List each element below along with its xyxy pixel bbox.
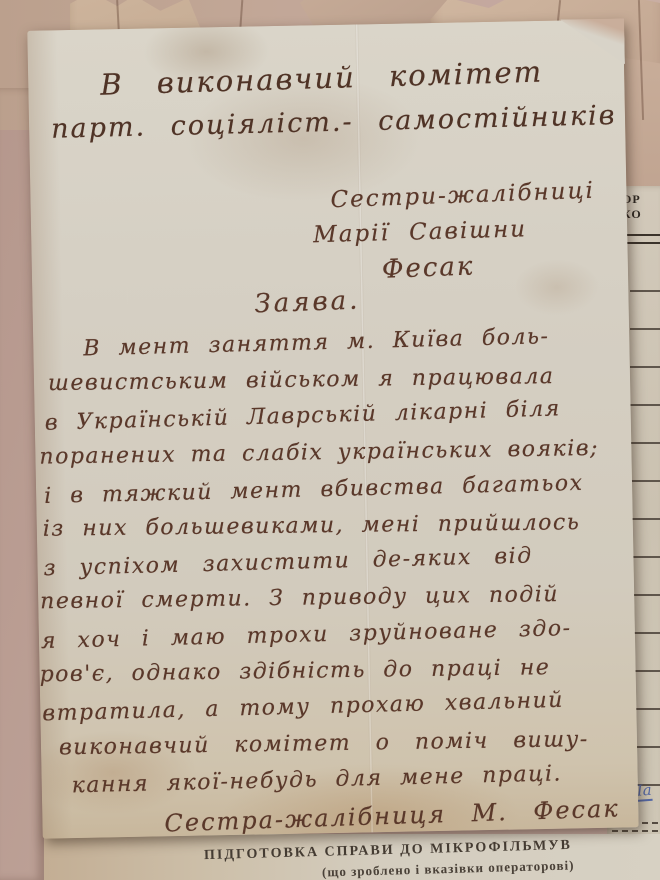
- handwriting-line-body: із них большевиками, мені прийшлось: [43, 510, 581, 542]
- handwriting-line-body: В мент заняття м. Київа боль-: [83, 324, 550, 361]
- handwriting-line-body: поранених та слабіх українських вояків;: [39, 436, 599, 470]
- handwriting-line-addressee: Фесак: [381, 251, 475, 284]
- handwriting-line-body: певної смерти. З приводу цих подій: [40, 582, 559, 614]
- microfilm-form-subtitle: (що зроблено і вказівки операторові): [322, 857, 575, 880]
- signature-line: Сестра-жалібниця М. Фесак: [164, 794, 620, 837]
- letter-paper: В виконавчий комітет парт. соціяліст.- с…: [27, 19, 638, 838]
- handwriting-line-body: кання якої-небудь для мене праці.: [71, 761, 562, 798]
- archival-photo: : ОР ЬКО № с Ла ПІДГОТОВКА СПРАВИ ДО МІК…: [0, 0, 660, 880]
- microfilm-form-strip: ПІДГОТОВКА СПРАВИ ДО МІКРОФІЛЬМУВ (що зр…: [44, 834, 660, 880]
- handwriting-line-header: парт. соціяліст.- самостійників: [51, 100, 617, 145]
- folded-corner: [560, 18, 625, 65]
- handwriting-line-body: і в тяжкий мент вбивства багатьох: [44, 471, 584, 509]
- handwriting-line-body: я хоч і маю трохи зруйноване здо-: [41, 616, 572, 654]
- dashed-rule-line: [612, 830, 658, 832]
- handwriting-line-addressee: Марії Савішни: [313, 216, 527, 248]
- handwriting-line-body: виконавчий комітет о поміч вишу-: [59, 727, 589, 760]
- letter-title: Заява.: [254, 286, 361, 320]
- handwriting-line-body: в Українській Лаврській лікарні біля: [44, 396, 561, 435]
- handwriting-line-addressee: Сестри-жалібниці: [330, 178, 595, 214]
- handwriting-line-body: ров'є, однако здібність до праці не: [39, 655, 550, 687]
- handwriting-line-header: В виконавчий комітет: [100, 55, 544, 102]
- handwriting-line-body: шевистським військом я працювала: [48, 364, 555, 396]
- handwriting-line-body: втратила, а тому прохаю хвальний: [42, 688, 564, 727]
- handwriting-line-body: з успіхом захистити де-яких від: [43, 543, 533, 581]
